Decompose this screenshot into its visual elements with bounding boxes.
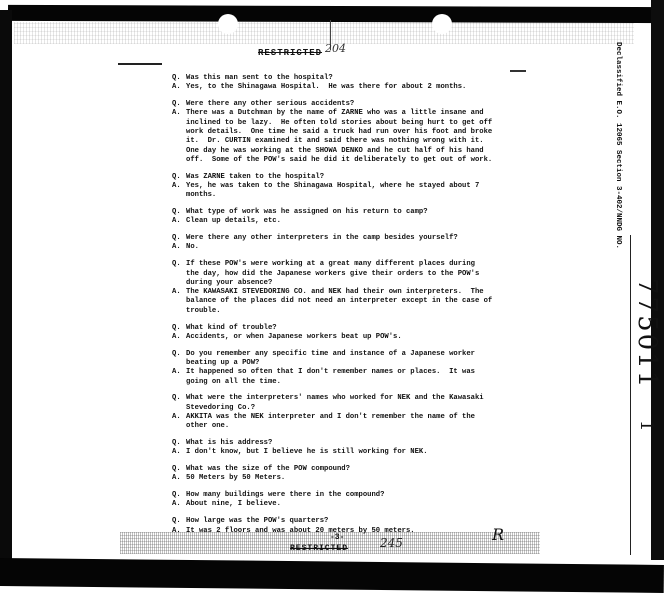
- question-text: Was ZARNE taken to the hospital?: [186, 173, 502, 182]
- question-text: Were there any other interpreters in the…: [186, 234, 502, 243]
- answer-text: AKKITA was the NEK interpreter and I don…: [186, 413, 502, 432]
- question-text: What kind of trouble?: [186, 324, 502, 333]
- scanned-page: RESTRICTED 204 Q.Was this man sent to th…: [0, 0, 664, 599]
- answer-text: Clean up details, etc.: [186, 217, 502, 226]
- qa-pair: Q.What was the size of the POW compound?…: [172, 465, 502, 484]
- handwritten-initial: R: [492, 525, 504, 544]
- answer-label: A.: [172, 288, 186, 316]
- interrogation-transcript: Q.Was this man sent to the hospital?A.Ye…: [172, 74, 502, 543]
- question-label: Q.: [172, 208, 186, 217]
- qa-pair: Q.Were there any other serious accidents…: [172, 100, 502, 165]
- question-text: Was this man sent to the hospital?: [186, 74, 502, 83]
- question-row: Q.What was the size of the POW compound?: [172, 465, 502, 474]
- answer-row: A.About nine, I believe.: [172, 500, 502, 509]
- question-label: Q.: [172, 260, 186, 288]
- question-row: Q.What kind of trouble?: [172, 324, 502, 333]
- answer-text: It happened so often that I don't rememb…: [186, 368, 502, 387]
- question-text: Do you remember any specific time and in…: [186, 350, 502, 369]
- handwritten-page-number: 1: [636, 420, 657, 431]
- question-row: Q.If these POW's were working at a great…: [172, 260, 502, 288]
- declassification-stamp: Declassified E.O. 12065 Section 3-402/NN…: [614, 42, 622, 249]
- question-label: Q.: [172, 517, 186, 526]
- question-text: How many buildings were there in the com…: [186, 491, 502, 500]
- question-label: Q.: [172, 100, 186, 109]
- answer-row: A.The KAWASAKI STEVEDORING CO. and NEK h…: [172, 288, 502, 316]
- margin-mark: [510, 70, 526, 72]
- answer-row: A.Yes, to the Shinagawa Hospital. He was…: [172, 83, 502, 92]
- qa-pair: Q.If these POW's were working at a great…: [172, 260, 502, 316]
- answer-label: A.: [172, 182, 186, 201]
- question-text: What type of work was he assigned on his…: [186, 208, 502, 217]
- answer-label: A.: [172, 217, 186, 226]
- question-label: Q.: [172, 350, 186, 369]
- answer-row: A.Accidents, or when Japanese workers be…: [172, 333, 502, 342]
- page-number: -3-: [330, 533, 344, 542]
- answer-label: A.: [172, 333, 186, 342]
- answer-text: There was a Dutchman by the name of ZARN…: [186, 109, 502, 165]
- qa-pair: Q.What is his address?A.I don't know, bu…: [172, 439, 502, 458]
- footer-classification: RESTRICTED: [290, 544, 348, 553]
- scan-border-left: [0, 10, 12, 570]
- answer-row: A.AKKITA was the NEK interpreter and I d…: [172, 413, 502, 432]
- answer-text: Yes, to the Shinagawa Hospital. He was t…: [186, 83, 502, 92]
- question-text: Were there any other serious accidents?: [186, 100, 502, 109]
- scan-border-top: [8, 5, 664, 23]
- header-handwritten-note: 204: [325, 42, 346, 55]
- answer-label: A.: [172, 500, 186, 509]
- answer-row: A.No.: [172, 243, 502, 252]
- answer-row: A.There was a Dutchman by the name of ZA…: [172, 109, 502, 165]
- question-text: What were the interpreters' names who wo…: [186, 394, 502, 413]
- answer-label: A.: [172, 83, 186, 92]
- qa-pair: Q.Was ZARNE taken to the hospital?A.Yes,…: [172, 173, 502, 201]
- question-label: Q.: [172, 173, 186, 182]
- question-text: What was the size of the POW compound?: [186, 465, 502, 474]
- header-classification: RESTRICTED: [258, 48, 322, 58]
- answer-text: I don't know, but I believe he is still …: [186, 448, 502, 457]
- question-row: Q.Was ZARNE taken to the hospital?: [172, 173, 502, 182]
- question-row: Q.What type of work was he assigned on h…: [172, 208, 502, 217]
- question-label: Q.: [172, 465, 186, 474]
- answer-label: A.: [172, 474, 186, 483]
- question-row: Q.What is his address?: [172, 439, 502, 448]
- footer-handwritten-note: 245: [380, 536, 403, 550]
- question-row: Q.Was this man sent to the hospital?: [172, 74, 502, 83]
- question-text: What is his address?: [186, 439, 502, 448]
- question-text: How large was the POW's quarters?: [186, 517, 502, 526]
- qa-pair: Q.How many buildings were there in the c…: [172, 491, 502, 510]
- margin-mark: [118, 63, 162, 65]
- scan-border-bottom: [0, 558, 664, 593]
- question-text: If these POW's were working at a great m…: [186, 260, 502, 288]
- question-label: Q.: [172, 491, 186, 500]
- punch-hole-left: [218, 14, 238, 34]
- answer-text: Accidents, or when Japanese workers beat…: [186, 333, 502, 342]
- answer-label: A.: [172, 448, 186, 457]
- answer-label: A.: [172, 527, 186, 536]
- qa-pair: Q.What were the interpreters' names who …: [172, 394, 502, 431]
- answer-row: A.It happened so often that I don't reme…: [172, 368, 502, 387]
- scan-noise-top: [14, 22, 634, 44]
- answer-row: A.Clean up details, etc.: [172, 217, 502, 226]
- answer-label: A.: [172, 109, 186, 165]
- question-label: Q.: [172, 324, 186, 333]
- answer-text: 50 Meters by 50 Meters.: [186, 474, 502, 483]
- question-row: Q.Were there any other serious accidents…: [172, 100, 502, 109]
- qa-pair: Q.What kind of trouble?A.Accidents, or w…: [172, 324, 502, 343]
- answer-row: A.I don't know, but I believe he is stil…: [172, 448, 502, 457]
- question-row: Q.What were the interpreters' names who …: [172, 394, 502, 413]
- answer-row: A.Yes, he was taken to the Shinagawa Hos…: [172, 182, 502, 201]
- question-row: Q.Do you remember any specific time and …: [172, 350, 502, 369]
- punch-hole-right: [432, 14, 452, 34]
- question-row: Q.Were there any other interpreters in t…: [172, 234, 502, 243]
- qa-pair: Q.Do you remember any specific time and …: [172, 350, 502, 387]
- question-label: Q.: [172, 234, 186, 243]
- question-row: Q.How many buildings were there in the c…: [172, 491, 502, 500]
- answer-row: A.50 Meters by 50 Meters.: [172, 474, 502, 483]
- handwritten-document-number: 775011: [632, 278, 662, 389]
- question-row: Q.How large was the POW's quarters?: [172, 517, 502, 526]
- answer-label: A.: [172, 413, 186, 432]
- question-label: Q.: [172, 74, 186, 83]
- question-label: Q.: [172, 439, 186, 448]
- answer-text: No.: [186, 243, 502, 252]
- qa-pair: Q.Were there any other interpreters in t…: [172, 234, 502, 253]
- answer-text: The KAWASAKI STEVEDORING CO. and NEK had…: [186, 288, 502, 316]
- qa-pair: Q.What type of work was he assigned on h…: [172, 208, 502, 227]
- answer-text: About nine, I believe.: [186, 500, 502, 509]
- answer-label: A.: [172, 368, 186, 387]
- answer-text: Yes, he was taken to the Shinagawa Hospi…: [186, 182, 502, 201]
- answer-label: A.: [172, 243, 186, 252]
- question-label: Q.: [172, 394, 186, 413]
- qa-pair: Q.Was this man sent to the hospital?A.Ye…: [172, 74, 502, 93]
- margin-rule: [630, 235, 631, 555]
